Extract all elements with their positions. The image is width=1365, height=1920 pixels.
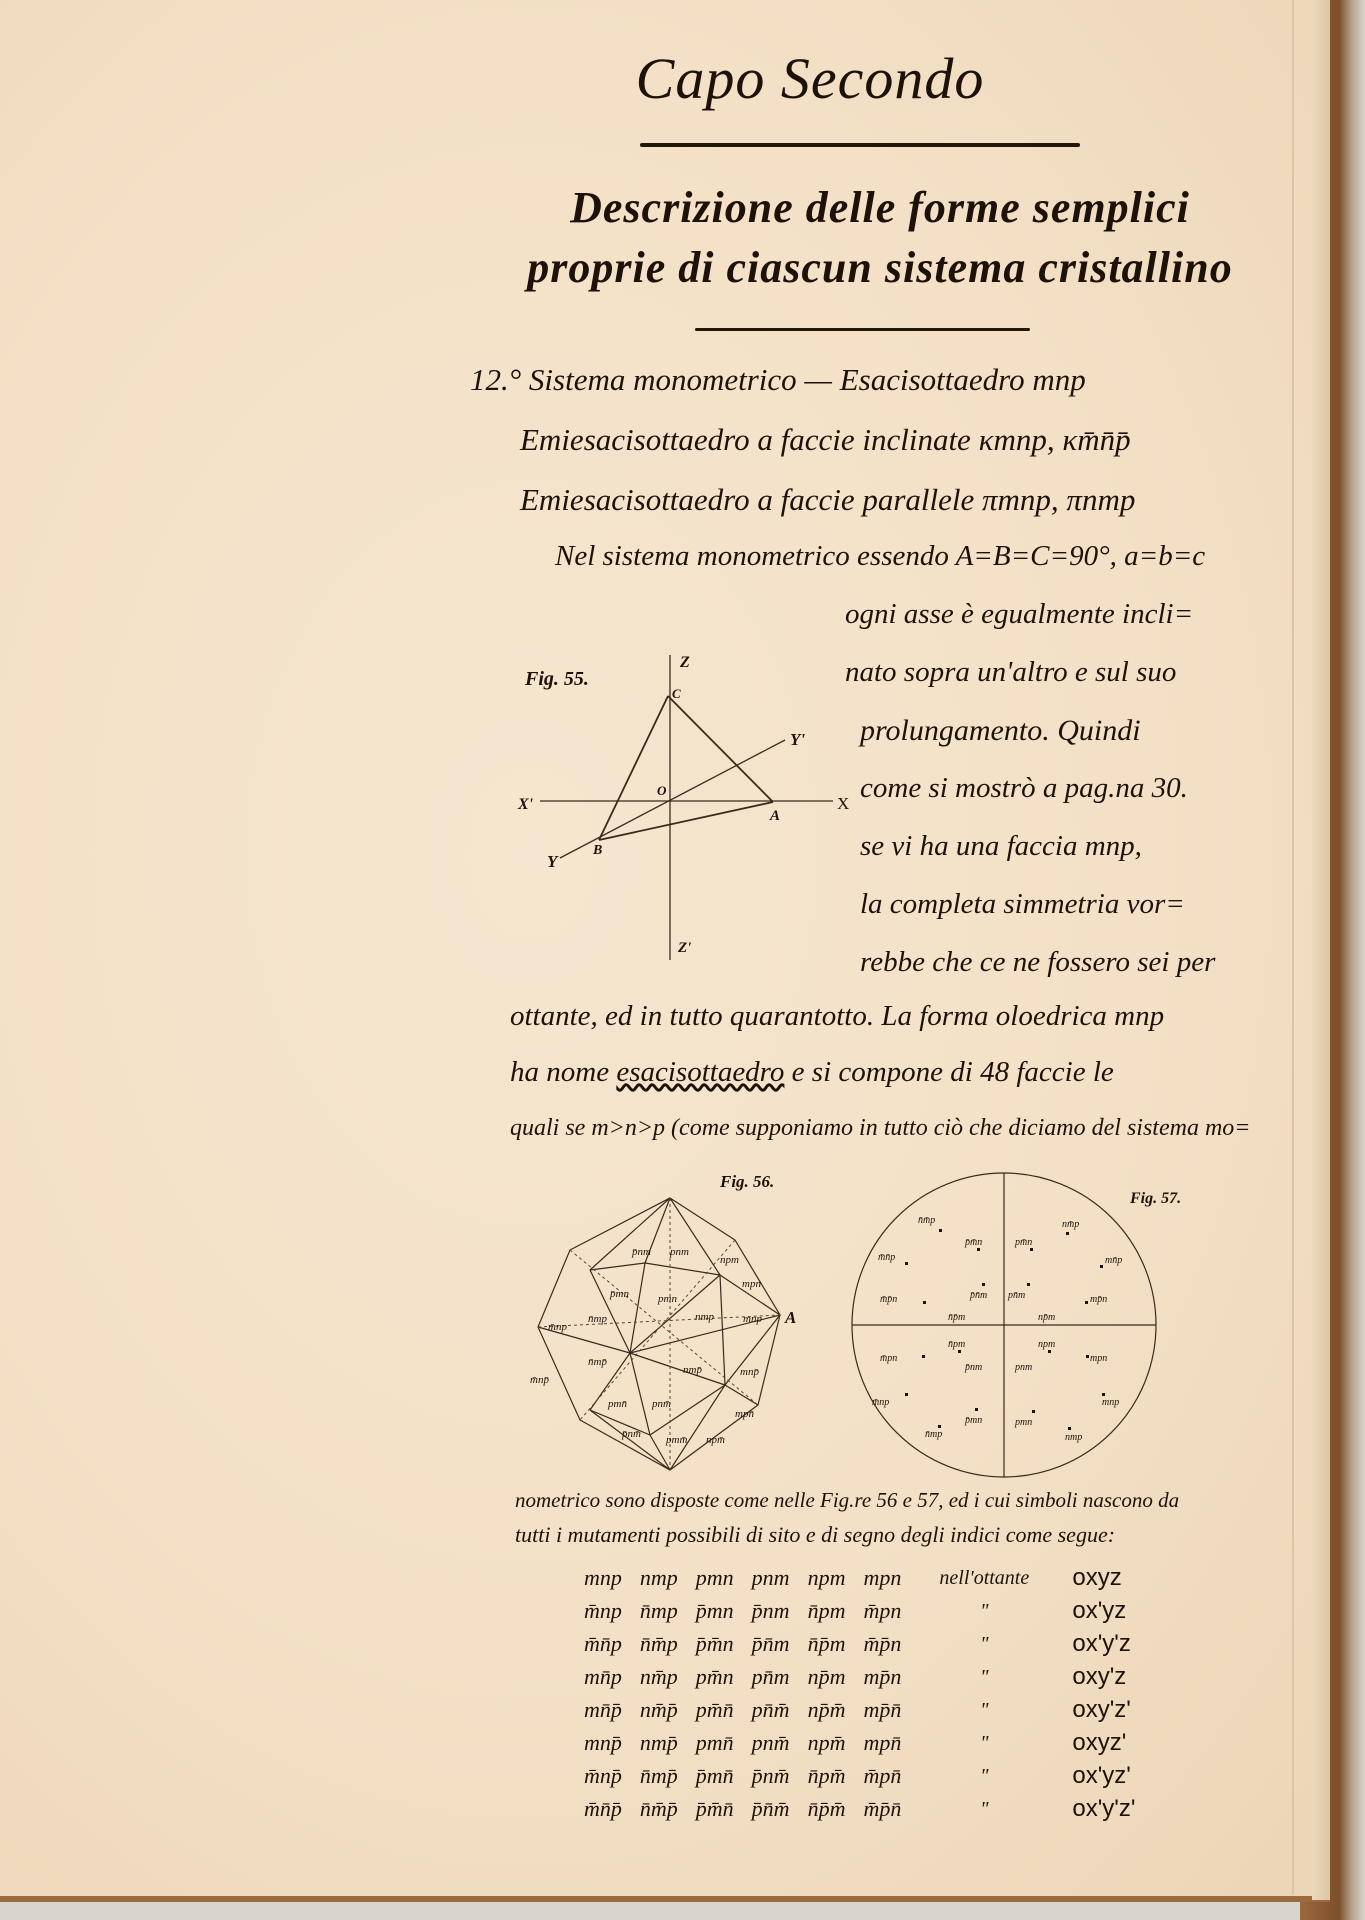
symbol-cell: npm̄ — [799, 1727, 855, 1760]
wrap-line-7: rebbe che ce ne fossero sei per — [860, 946, 1215, 979]
symbol-cell: mp̄n̄ — [854, 1694, 910, 1727]
symbol-cell: nm̄p — [631, 1661, 687, 1694]
fig57-pole: mnp — [1102, 1397, 1119, 1408]
symbol-cell: m̄p̄n̄ — [854, 1793, 910, 1826]
point-o-label: O — [657, 783, 667, 798]
figure-55-axes-diagram: Fig. 55. Z Z' X X' Y Y' O A B C — [500, 630, 860, 960]
fig57-pole: p̄m̄n — [964, 1237, 982, 1248]
fig57-pole: m̄n̄p — [878, 1252, 895, 1263]
fig56-face: mpn — [742, 1278, 761, 1290]
page-edge — [1312, 0, 1330, 1900]
point-a-label: A — [769, 808, 780, 824]
table-row: mnp̄ nmp̄ pmn̄ pnm̄ npm̄ mpn̄ " oxyz' — [575, 1727, 1144, 1760]
figure-57-stereographic-projection: Fig. 57. n̄m̄p p̄m̄n pm̄n nm̄p m̄n̄p mn̄… — [850, 1165, 1210, 1485]
section-heading-line-2: Emiesacisottaedro a faccie inclinate κmn… — [520, 422, 1131, 458]
fig56-face: mnp — [743, 1313, 762, 1325]
table-row: mn̄p nm̄p pm̄n pn̄m np̄m mp̄n " oxy'z — [575, 1661, 1144, 1694]
symbol-cell: n̄p̄m — [799, 1628, 855, 1661]
fig56-face: pmn̄ — [607, 1398, 627, 1410]
symbol-cell: mnp̄ — [575, 1727, 631, 1760]
fig56-face: nmp̄ — [683, 1364, 702, 1376]
fig56-face: mpn̄ — [735, 1408, 754, 1420]
wrap-line-4: come si mostrò a pag.na 30. — [860, 772, 1188, 805]
wrap-line-2: nato sopra un'altro e sul suo — [845, 656, 1176, 689]
ditto-mark: " — [910, 1793, 1058, 1826]
symbol-cell: mp̄n — [854, 1661, 910, 1694]
wrap-line-6: la completa simmetria vor= — [860, 888, 1185, 921]
symbol-cell: p̄mn — [687, 1595, 743, 1628]
fig56-face: pnm — [669, 1246, 689, 1258]
point-c-label: C — [672, 686, 681, 701]
paragraph-line: Nel sistema monometrico essendo A=B=C=90… — [555, 540, 1205, 573]
axis-x-prime-label: X' — [517, 796, 534, 813]
table-row: mn̄p̄ nm̄p̄ pm̄n̄ pn̄m̄ np̄m̄ mp̄n̄ " ox… — [575, 1694, 1144, 1727]
section-heading-text: Sistema monometrico — Esacisottaedro mnp — [529, 362, 1086, 397]
fig57-pole: pm̄n — [1014, 1237, 1032, 1248]
fig56-face: m̄np — [548, 1321, 567, 1333]
octant-cell: ox'yz' — [1058, 1760, 1144, 1793]
page-fold-line — [1292, 0, 1294, 1895]
symbol-cell: nmp̄ — [631, 1727, 687, 1760]
body-line-2: ha nome esacisottaedro e si compone di 4… — [510, 1056, 1114, 1089]
symbol-cell: n̄pm — [799, 1595, 855, 1628]
axis-z-label: Z — [679, 654, 690, 671]
symbol-cell: mn̄p̄ — [575, 1694, 631, 1727]
chapter-title: Capo Secondo — [560, 45, 1060, 112]
section-heading-line-3: Emiesacisottaedro a faccie parallele πmn… — [520, 482, 1135, 518]
chapter-subtitle-line-1: Descrizione delle forme semplici — [520, 182, 1240, 233]
symbol-cell: n̄m̄p — [631, 1628, 687, 1661]
symbol-cell: pmn̄ — [687, 1727, 743, 1760]
symbol-cell: m̄n̄p — [575, 1628, 631, 1661]
fig57-pole: pmn — [1014, 1417, 1032, 1428]
symbol-cell: p̄nm — [743, 1595, 799, 1628]
symbol-cell: pm̄n̄ — [687, 1694, 743, 1727]
point-b-label: B — [592, 843, 602, 858]
symbol-cell: n̄mp — [631, 1595, 687, 1628]
manuscript-page: Capo Secondo Descrizione delle forme sem… — [0, 0, 1330, 1902]
table-row: m̄n̄p̄ n̄m̄p̄ p̄m̄n̄ p̄n̄m̄ n̄p̄m̄ m̄p̄n… — [575, 1793, 1144, 1826]
symbol-cell: pm̄n — [687, 1661, 743, 1694]
symbol-cell: p̄m̄n — [687, 1628, 743, 1661]
after-figures-line-1: nometrico sono disposte come nelle Fig.r… — [515, 1488, 1179, 1513]
octant-cell: oxyz' — [1058, 1727, 1144, 1760]
fig56-face: p̄mn — [609, 1288, 629, 1300]
fig57-pole: npm — [1038, 1339, 1055, 1350]
fig56-face: m̄np̄ — [530, 1374, 549, 1386]
fig56-face: p̄nm — [631, 1246, 651, 1258]
symbol-cell: np̄m — [799, 1661, 855, 1694]
table-row: m̄np n̄mp p̄mn p̄nm n̄pm m̄pn " ox'yz — [575, 1595, 1144, 1628]
symbol-cell: pn̄m̄ — [743, 1694, 799, 1727]
fig57-pole: p̄n̄m — [969, 1290, 987, 1301]
fig57-pole: nmp — [1065, 1432, 1082, 1443]
axis-z-prime-label: Z' — [677, 940, 691, 956]
fig57-pole: pnm — [1014, 1362, 1032, 1373]
symbol-cell: p̄nm̄ — [743, 1760, 799, 1793]
table-row: m̄np̄ n̄mp̄ p̄mn̄ p̄nm̄ n̄pm̄ m̄pn̄ " ox… — [575, 1760, 1144, 1793]
wrap-line-1: ogni asse è egualmente incli= — [845, 598, 1193, 631]
symbol-cell: p̄mn̄ — [687, 1760, 743, 1793]
body-line-2-end: e si compone di 48 faccie le — [784, 1056, 1113, 1088]
fig57-pole: np̄m — [1038, 1312, 1055, 1323]
symbol-cell: nmp — [631, 1562, 687, 1595]
underlined-term: esacisottaedro — [616, 1056, 784, 1088]
symbol-cell: pnm̄ — [743, 1727, 799, 1760]
section-number: 12.° — [470, 362, 521, 397]
fig57-pole: pn̄m — [1007, 1290, 1025, 1301]
octant-cell: oxyz — [1058, 1562, 1144, 1595]
octant-header-word: nell'ottante — [910, 1562, 1058, 1595]
octant-symbols-table: mnp nmp pmn pnm npm mpn nell'ottante oxy… — [575, 1562, 1144, 1826]
octant-cell: oxy'z — [1058, 1661, 1144, 1694]
axis-y-prime-label: Y' — [790, 730, 805, 749]
fig57-pole: m̄p̄n — [880, 1294, 897, 1305]
symbol-cell: npm — [799, 1562, 855, 1595]
symbol-cell: p̄m̄n̄ — [687, 1793, 743, 1826]
fig56-face: pmn — [657, 1293, 677, 1305]
symbol-cell: nm̄p̄ — [631, 1694, 687, 1727]
ditto-mark: " — [910, 1595, 1058, 1628]
fig56-face: npm̄ — [706, 1434, 725, 1446]
figure-56-crystal-diagram: Fig. 56. A p̄nm pnm npm mpn p̄mn pmn n̄m… — [530, 1175, 840, 1475]
fig56-face: pnm̄ — [651, 1398, 671, 1410]
fig57-pole: m̄pn — [880, 1353, 897, 1364]
after-figures-line-2: tutti i mutamenti possibili di sito e di… — [515, 1522, 1115, 1548]
table-row: mnp nmp pmn pnm npm mpn nell'ottante oxy… — [575, 1562, 1144, 1595]
symbol-cell: m̄np̄ — [575, 1760, 631, 1793]
fig56-face: npm — [720, 1254, 739, 1266]
symbol-cell: m̄p̄n — [854, 1628, 910, 1661]
fig56-vertex-a: A — [784, 1308, 796, 1327]
symbol-cell: n̄m̄p̄ — [631, 1793, 687, 1826]
title-rule — [640, 143, 1080, 147]
fig57-pole: mp̄n — [1090, 1294, 1107, 1305]
fig55-label: Fig. 55. — [524, 668, 589, 690]
symbol-cell: mn̄p — [575, 1661, 631, 1694]
symbol-cell: mnp — [575, 1562, 631, 1595]
fig57-pole: n̄pm — [948, 1339, 965, 1350]
axis-y-label: Y — [547, 852, 559, 871]
fig56-face: n̄mp — [588, 1313, 607, 1325]
symbol-cell: mpn — [854, 1562, 910, 1595]
symbol-cell: n̄p̄m̄ — [799, 1793, 855, 1826]
fig56-face: mnp̄ — [740, 1366, 759, 1378]
ditto-mark: " — [910, 1628, 1058, 1661]
symbol-cell: m̄pn̄ — [854, 1760, 910, 1793]
body-line-2-start: ha nome — [510, 1056, 616, 1088]
octant-cell: ox'y'z' — [1058, 1793, 1144, 1826]
wrap-line-3: prolungamento. Quindi — [860, 714, 1141, 748]
symbol-cell: n̄mp̄ — [631, 1760, 687, 1793]
fig57-pole: nm̄p — [1062, 1219, 1079, 1230]
ditto-mark: " — [910, 1760, 1058, 1793]
subtitle-rule — [695, 328, 1030, 331]
fig57-label: Fig. 57. — [1129, 1190, 1181, 1207]
symbol-cell: np̄m̄ — [799, 1694, 855, 1727]
symbol-cell: pn̄m — [743, 1661, 799, 1694]
symbol-cell: p̄n̄m̄ — [743, 1793, 799, 1826]
symbol-cell: p̄n̄m — [743, 1628, 799, 1661]
fig57-pole: n̄p̄m — [948, 1312, 965, 1323]
fig57-pole: p̄mn — [964, 1415, 982, 1426]
ditto-mark: " — [910, 1661, 1058, 1694]
fig57-pole: mn̄p — [1105, 1255, 1122, 1266]
body-line-3: quali se m>n>p (come supponiamo in tutto… — [510, 1115, 1250, 1142]
symbol-cell: m̄n̄p̄ — [575, 1793, 631, 1826]
fig56-face: nmp — [695, 1311, 714, 1323]
symbol-cell: mpn̄ — [854, 1727, 910, 1760]
symbol-cell: m̄pn — [854, 1595, 910, 1628]
wrap-line-5: se vi ha una faccia mnp, — [860, 830, 1142, 863]
fig57-pole: mpn — [1090, 1353, 1107, 1364]
table-row: m̄n̄p n̄m̄p p̄m̄n p̄n̄m n̄p̄m m̄p̄n " ox… — [575, 1628, 1144, 1661]
fig57-pole: p̄nm — [964, 1362, 982, 1373]
fig57-pole: n̄m̄p — [918, 1215, 935, 1226]
ditto-mark: " — [910, 1694, 1058, 1727]
octant-cell: ox'y'z — [1058, 1628, 1144, 1661]
symbol-cell: m̄np — [575, 1595, 631, 1628]
symbol-cell: pmn — [687, 1562, 743, 1595]
fig56-label: Fig. 56. — [719, 1175, 774, 1191]
symbol-cell: pnm — [743, 1562, 799, 1595]
fig56-face: n̄mp̄ — [588, 1356, 607, 1368]
fig57-pole: m̄np — [872, 1397, 889, 1408]
fig56-face: pmm̄ — [665, 1434, 687, 1446]
fig57-pole: n̄mp — [925, 1429, 942, 1440]
octant-cell: ox'yz — [1058, 1595, 1144, 1628]
octant-cell: oxy'z' — [1058, 1694, 1144, 1727]
section-heading: 12.° Sistema monometrico — Esacisottaedr… — [470, 362, 1086, 398]
chapter-subtitle-line-2: proprie di ciascun sistema cristallino — [520, 242, 1240, 293]
fig56-face: p̄nm̄ — [621, 1428, 641, 1440]
symbol-cell: n̄pm̄ — [799, 1760, 855, 1793]
body-line-1: ottante, ed in tutto quarantotto. La for… — [510, 1000, 1164, 1033]
ditto-mark: " — [910, 1727, 1058, 1760]
axis-x-label: X — [837, 794, 849, 813]
